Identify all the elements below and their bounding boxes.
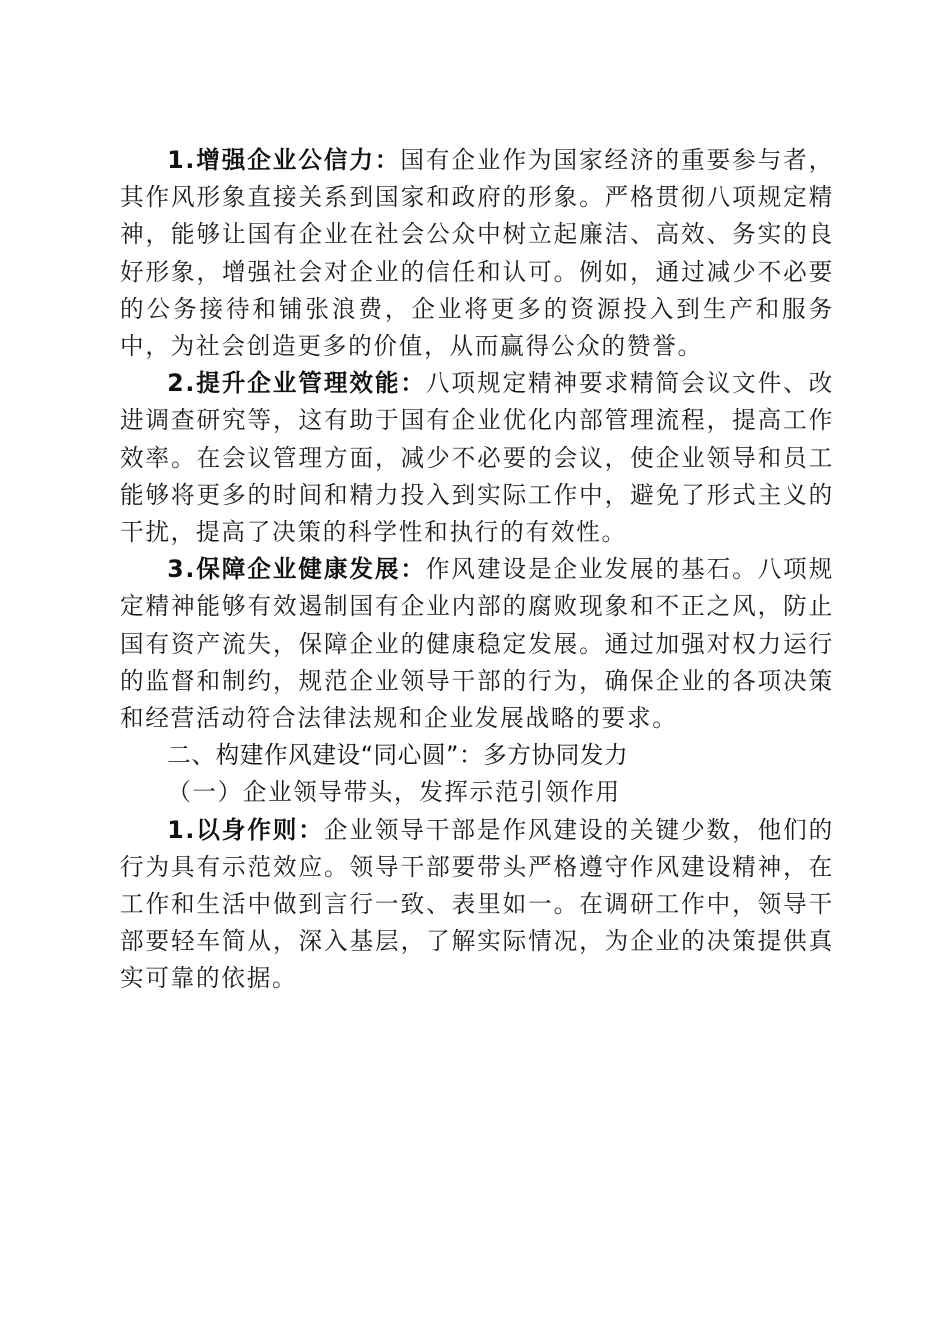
document-page: 1.增强企业公信力：国有企业作为国家经济的重要参与者，其作风形象直接关系到国家和… [0,0,950,1344]
paragraph-text: 国有企业作为国家经济的重要参与者，其作风形象直接关系到国家和政府的形象。严格贯彻… [120,146,834,360]
subsection-heading: （一）企业领导带头，发挥示范引领作用 [120,774,834,811]
paragraph-management-efficiency: 2.提升企业管理效能：八项规定精神要求精简会议文件、改进调查研究等，这有助于国有… [120,365,834,551]
paragraph-enhance-credibility: 1.增强企业公信力：国有企业作为国家经济的重要参与者，其作风形象直接关系到国家和… [120,142,834,365]
paragraph-lead: 1.增强企业公信力： [167,146,400,174]
paragraph-lead-by-example: 1.以身作则：企业领导干部是作风建设的关键少数，他们的行为具有示范效应。领导干部… [120,812,834,998]
paragraph-lead: 1.以身作则： [167,816,324,844]
paragraph-lead: 2.提升企业管理效能： [167,369,426,397]
paragraph-healthy-development: 3.保障企业健康发展：作风建设是企业发展的基石。八项规定精神能够有效遏制国有企业… [120,551,834,737]
section-heading: 二、构建作风建设“同心圆”：多方协同发力 [120,737,834,774]
paragraph-lead: 3.保障企业健康发展： [167,555,426,583]
document-body: 1.增强企业公信力：国有企业作为国家经济的重要参与者，其作风形象直接关系到国家和… [120,142,834,998]
